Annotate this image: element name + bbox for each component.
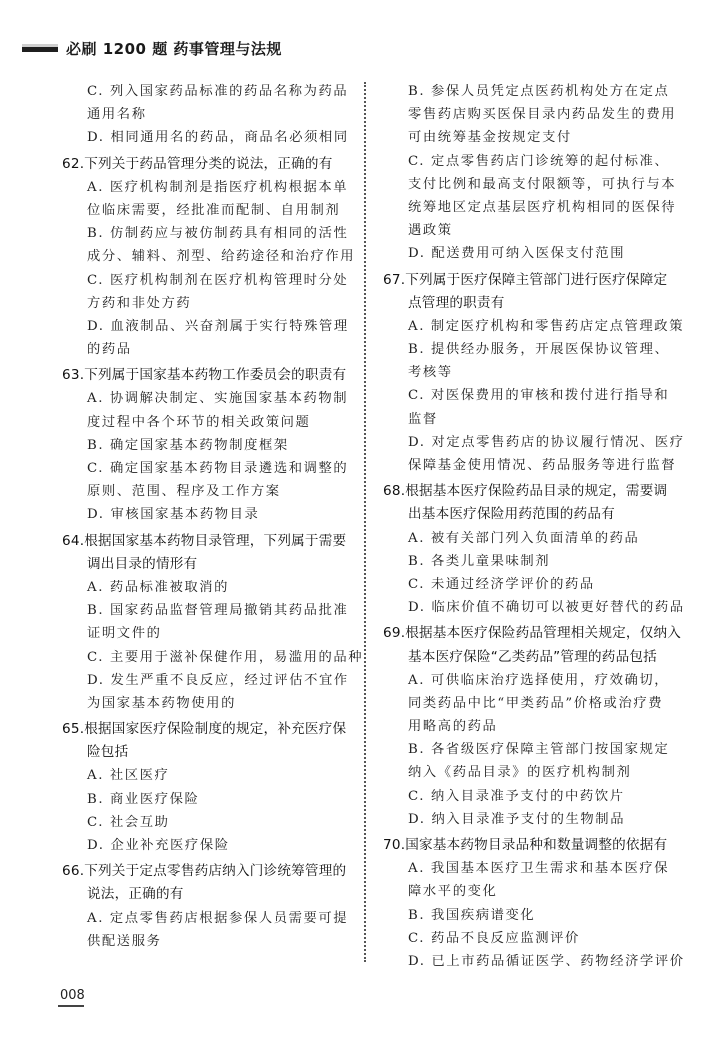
option-line: B. 参保人员凭定点医药机构处方在定点 bbox=[383, 80, 683, 103]
question-number: 70. bbox=[383, 834, 405, 857]
option-line: 统筹地区定点基层医疗机构相同的医保待 bbox=[383, 196, 683, 219]
option-line: C. 医疗机构制剂在医疗机构管理时分处 bbox=[62, 269, 354, 292]
option-line: B. 确定国家基本药物制度框架 bbox=[62, 434, 354, 457]
question-stem: 65.根据国家医疗保险制度的规定，补充医疗保 bbox=[62, 718, 354, 741]
question-68: 68.根据基本医疗保险药品目录的规定，需要调 出基本医疗保险用药范围的药品有 A… bbox=[383, 480, 683, 619]
option-line: D. 纳入目录准予支付的生物制品 bbox=[383, 808, 683, 831]
question-stem: 62.下列关于药品管理分类的说法，正确的有 bbox=[62, 153, 354, 176]
question-number: 65. bbox=[62, 718, 84, 741]
question-number: 63. bbox=[62, 364, 84, 387]
option-line: C. 药品不良反应监测评价 bbox=[383, 927, 683, 950]
option-line: 零售药店购买医保目录内药品发生的费用 bbox=[383, 103, 683, 126]
option-line: 原则、范围、程序及工作方案 bbox=[62, 480, 354, 503]
option-line: A. 药品标准被取消的 bbox=[62, 576, 354, 599]
option-line: A. 可供临床治疗选择使用，疗效确切， bbox=[383, 669, 683, 692]
question-number: 62. bbox=[62, 153, 84, 176]
question-66: 66.下列关于定点零售药店纳入门诊统筹管理的 说法，正确的有 A. 定点零售药店… bbox=[62, 860, 354, 953]
option-line: 障水平的变化 bbox=[383, 880, 683, 903]
question-stem: 69.根据基本医疗保险药品管理相关规定，仅纳入 bbox=[383, 622, 683, 645]
question-stem: 66.下列关于定点零售药店纳入门诊统筹管理的 bbox=[62, 860, 354, 883]
option-line: 位临床需要，经批准而配制、自用制剂 bbox=[62, 199, 354, 222]
option-line: A. 医疗机构制剂是指医疗机构根据本单 bbox=[62, 176, 354, 199]
option-line: D. 发生严重不良反应，经过评估不宜作 bbox=[62, 669, 354, 692]
option-line: C. 定点零售药店门诊统筹的起付标准、 bbox=[383, 150, 683, 173]
option-line: 为国家基本药物使用的 bbox=[62, 692, 354, 715]
option-line: C. 确定国家基本药物目录遴选和调整的 bbox=[62, 457, 354, 480]
page-number: 008 bbox=[60, 988, 85, 1003]
option-line: B. 提供经办服务，开展医保协议管理、 bbox=[383, 338, 683, 361]
option-line: 用略高的药品 bbox=[383, 715, 683, 738]
question-stem-continued: 说法，正确的有 bbox=[62, 883, 354, 906]
option-line: A. 定点零售药店根据参保人员需要可提 bbox=[62, 907, 354, 930]
question-stem: 67.下列属于医疗保障主管部门进行医疗保障定 bbox=[383, 269, 683, 292]
option-line: 纳入《药品目录》的医疗机构制剂 bbox=[383, 761, 683, 784]
right-column: B. 参保人员凭定点医药机构处方在定点 零售药店购买医保目录内药品发生的费用 可… bbox=[383, 80, 683, 973]
question-64: 64.根据国家基本药物目录管理，下列属于需要 调出目录的情形有 A. 药品标准被… bbox=[62, 530, 354, 716]
option-line: B. 商业医疗保险 bbox=[62, 788, 354, 811]
question-number: 64. bbox=[62, 530, 84, 553]
page-number-underline bbox=[58, 1005, 84, 1007]
question-stem-continued: 基本医疗保险“乙类药品”管理的药品包括 bbox=[383, 646, 683, 669]
option-line: D. 临床价值不确切可以被更好替代的药品 bbox=[383, 596, 683, 619]
option-line: 同类药品中比“甲类药品”价格或治疗费 bbox=[383, 692, 683, 715]
option-line: 通用名称 bbox=[62, 103, 354, 126]
question-stem: 68.根据基本医疗保险药品目录的规定，需要调 bbox=[383, 480, 683, 503]
option-line: 监督 bbox=[383, 408, 683, 431]
option-line: 供配送服务 bbox=[62, 930, 354, 953]
option-line: 成分、辅料、剂型、给药途径和治疗作用 bbox=[62, 245, 354, 268]
option-line: 考核等 bbox=[383, 361, 683, 384]
option-line: D. 审核国家基本药物目录 bbox=[62, 503, 354, 526]
option-line: 证明文件的 bbox=[62, 622, 354, 645]
option-line: B. 我国疾病谱变化 bbox=[383, 904, 683, 927]
option-line: C. 列入国家药品标准的药品名称为药品 bbox=[62, 80, 354, 103]
option-line: B. 仿制药应与被仿制药具有相同的活性 bbox=[62, 222, 354, 245]
option-line: C. 对医保费用的审核和拨付进行指导和 bbox=[383, 384, 683, 407]
question-stem-continued: 险包括 bbox=[62, 741, 354, 764]
question-69: 69.根据基本医疗保险药品管理相关规定，仅纳入 基本医疗保险“乙类药品”管理的药… bbox=[383, 622, 683, 831]
question-number: 67. bbox=[383, 269, 405, 292]
option-line: 遇政策 bbox=[383, 219, 683, 242]
question-stem-continued: 出基本医疗保险用药范围的药品有 bbox=[383, 503, 683, 526]
option-line: B. 各类儿童果味制剂 bbox=[383, 550, 683, 573]
option-line: 方药和非处方药 bbox=[62, 292, 354, 315]
question-stem: 63.下列属于国家基本药物工作委员会的职责有 bbox=[62, 364, 354, 387]
left-column: C. 列入国家药品标准的药品名称为药品 通用名称 D. 相同通用名的药品，商品名… bbox=[62, 80, 354, 953]
option-line: A. 制定医疗机构和零售药店定点管理政策 bbox=[383, 315, 683, 338]
question-number: 66. bbox=[62, 860, 84, 883]
option-line: A. 我国基本医疗卫生需求和基本医疗保 bbox=[383, 857, 683, 880]
question-number: 68. bbox=[383, 480, 405, 503]
running-header: 必刷 1200 题 药事管理与法规 bbox=[22, 36, 282, 60]
option-line: 的药品 bbox=[62, 338, 354, 361]
question-70: 70.国家基本药物目录品种和数量调整的依据有 A. 我国基本医疗卫生需求和基本医… bbox=[383, 834, 683, 973]
option-line: D. 企业补充医疗保险 bbox=[62, 834, 354, 857]
question-62: 62.下列关于药品管理分类的说法，正确的有 A. 医疗机构制剂是指医疗机构根据本… bbox=[62, 153, 354, 362]
option-line: D. 对定点零售药店的协议履行情况、医疗 bbox=[383, 431, 683, 454]
option-line: D. 配送费用可纳入医保支付范围 bbox=[383, 242, 683, 265]
option-line: C. 未通过经济学评价的药品 bbox=[383, 573, 683, 596]
question-stem-continued: 点管理的职责有 bbox=[383, 292, 683, 315]
option-line: A. 被有关部门列入负面清单的药品 bbox=[383, 527, 683, 550]
question-stem: 64.根据国家基本药物目录管理，下列属于需要 bbox=[62, 530, 354, 553]
question-63: 63.下列属于国家基本药物工作委员会的职责有 A. 协调解决制定、实施国家基本药… bbox=[62, 364, 354, 526]
header-decoration-bar bbox=[22, 44, 58, 52]
question-65: 65.根据国家医疗保险制度的规定，补充医疗保 险包括 A. 社区医疗 B. 商业… bbox=[62, 718, 354, 857]
carryover-options: B. 参保人员凭定点医药机构处方在定点 零售药店购买医保目录内药品发生的费用 可… bbox=[383, 80, 683, 266]
question-number: 69. bbox=[383, 622, 405, 645]
option-line: C. 纳入目录准予支付的中药饮片 bbox=[383, 785, 683, 808]
option-line: C. 社会互助 bbox=[62, 811, 354, 834]
option-line: D. 相同通用名的药品，商品名必须相同 bbox=[62, 126, 354, 149]
option-line: A. 社区医疗 bbox=[62, 764, 354, 787]
option-line: A. 协调解决制定、实施国家基本药物制 bbox=[62, 387, 354, 410]
option-line: C. 主要用于滋补保健作用，易滥用的品种 bbox=[62, 646, 354, 669]
option-line: B. 国家药品监督管理局撤销其药品批准 bbox=[62, 599, 354, 622]
option-line: 可由统筹基金按规定支付 bbox=[383, 126, 683, 149]
book-title: 必刷 1200 题 药事管理与法规 bbox=[66, 38, 282, 59]
question-67: 67.下列属于医疗保障主管部门进行医疗保障定 点管理的职责有 A. 制定医疗机构… bbox=[383, 269, 683, 478]
option-line: 保障基金使用情况、药品服务等进行监督 bbox=[383, 454, 683, 477]
question-stem-continued: 调出目录的情形有 bbox=[62, 553, 354, 576]
option-line: 度过程中各个环节的相关政策问题 bbox=[62, 411, 354, 434]
option-line: B. 各省级医疗保障主管部门按国家规定 bbox=[383, 738, 683, 761]
option-line: 支付比例和最高支付限额等，可执行与本 bbox=[383, 173, 683, 196]
option-line: D. 已上市药品循证医学、药物经济学评价 bbox=[383, 950, 683, 973]
column-divider bbox=[364, 82, 366, 962]
option-line: D. 血液制品、兴奋剂属于实行特殊管理 bbox=[62, 315, 354, 338]
question-stem: 70.国家基本药物目录品种和数量调整的依据有 bbox=[383, 834, 683, 857]
carryover-options: C. 列入国家药品标准的药品名称为药品 通用名称 D. 相同通用名的药品，商品名… bbox=[62, 80, 354, 150]
